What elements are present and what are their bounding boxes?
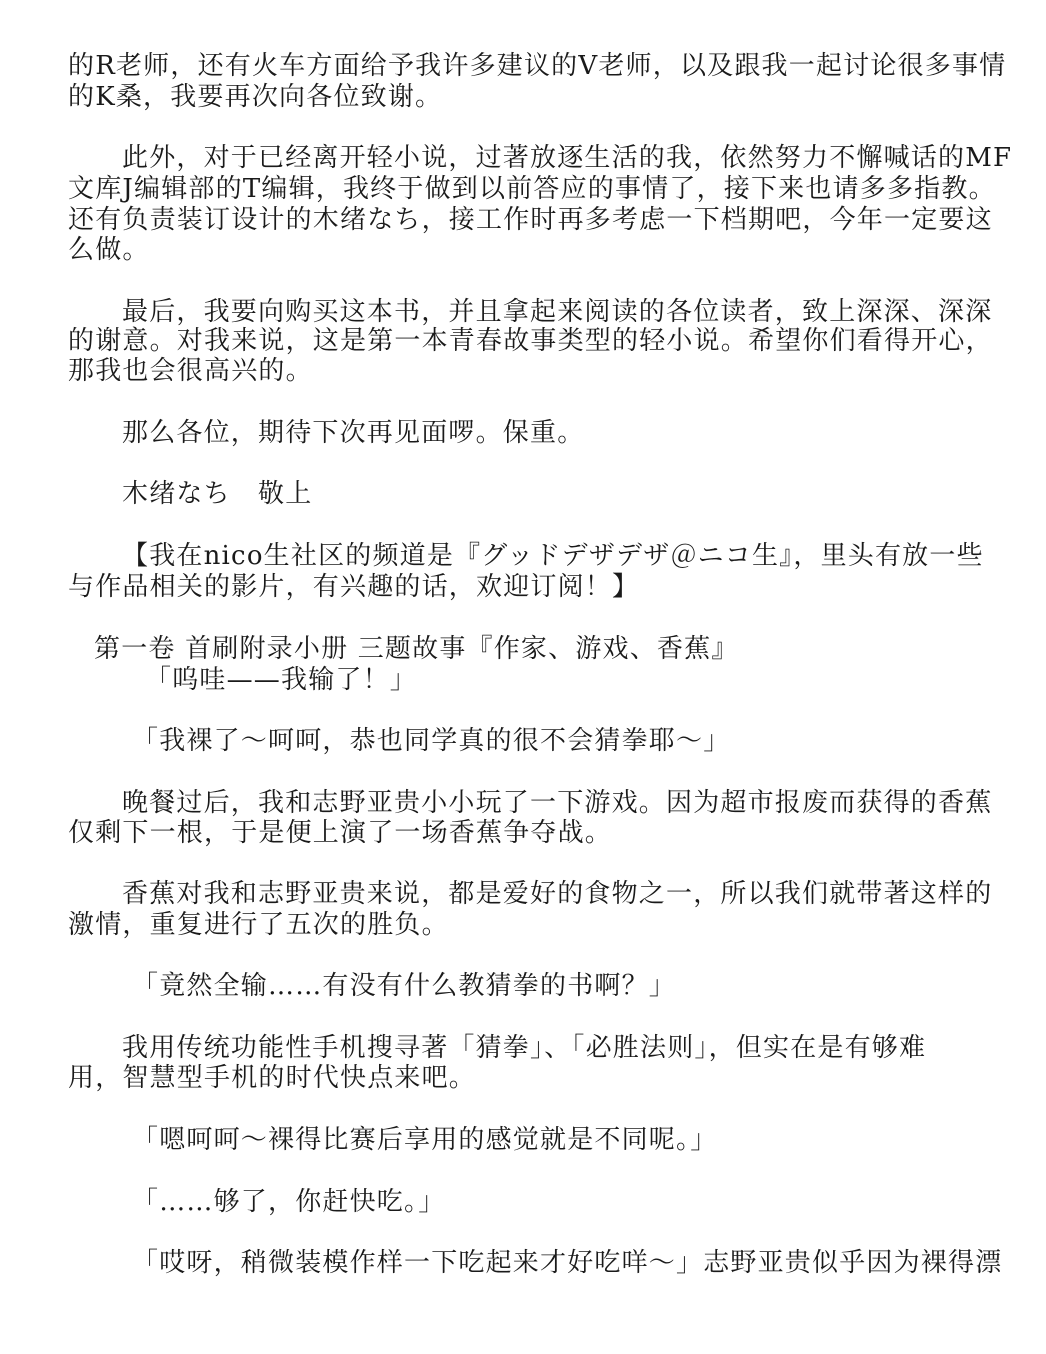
- text-line: 用，智慧型手机的时代快点来吧。: [68, 1063, 476, 1093]
- document-page: 的R老师，还有火车方面给予我许多建议的V老师，以及跟我一起讨论很多事情 的K桑，…: [0, 0, 1046, 1354]
- section-heading: 第一卷 首刷附录小册 三题故事『作家、游戏、香蕉』: [94, 634, 739, 664]
- text-line: 激情，重复进行了五次的胜负。: [68, 910, 449, 940]
- text-line: 此外，对于已经离开轻小说，过著放逐生活的我，依然努力不懈喊话的MF: [122, 143, 1012, 173]
- dialog-line: 「我裸了～呵呵，恭也同学真的很不会猜拳耶～」: [132, 726, 730, 756]
- text-line: 还有负责装订设计的木绪なち，接工作时再多考虑一下档期吧，今年一定要这: [68, 205, 993, 235]
- signature-line: 木绪なち 敬上: [122, 479, 312, 509]
- text-line: 么做。: [68, 235, 150, 265]
- dialog-line: 「……够了，你赶快吃。」: [132, 1187, 445, 1217]
- text-line: 那我也会很高兴的。: [68, 356, 313, 386]
- dialog-line: 「竟然全输……有没有什么教猜拳的书啊？」: [132, 971, 676, 1001]
- text-line: 的R老师，还有火车方面给予我许多建议的V老师，以及跟我一起讨论很多事情: [68, 51, 1006, 81]
- dialog-line: 「哎呀，稍微装模作样一下吃起来才好吃咩～」志野亚贵似乎因为裸得漂: [132, 1248, 1002, 1278]
- text-line: 晚餐过后，我和志野亚贵小小玩了一下游戏。因为超市报废而获得的香蕉: [122, 788, 992, 818]
- text-line: 的K桑，我要再次向各位致谢。: [68, 82, 442, 112]
- text-line: 最后，我要向购买这本书，并且拿起来阅读的各位读者，致上深深、深深: [122, 297, 992, 327]
- text-line: 仅剩下一根，于是便上演了一场香蕉争夺战。: [68, 818, 612, 848]
- text-line: 【我在nico生社区的频道是『グッドデザデザ＠ニコ生』，里头有放一些: [122, 541, 984, 571]
- text-line: 香蕉对我和志野亚贵来说，都是爱好的食物之一，所以我们就带著这样的: [122, 879, 992, 909]
- text-line: 的谢意。对我来说，这是第一本青春故事类型的轻小说。希望你们看得开心，: [68, 326, 993, 356]
- text-line: 那么各位，期待下次再见面啰。保重。: [122, 418, 584, 448]
- dialog-line: 「呜哇——我输了！」: [145, 665, 417, 695]
- text-line: 我用传统功能性手机搜寻著「猜拳」、「必胜法则」，但实在是有够难: [122, 1033, 926, 1063]
- dialog-line: 「嗯呵呵～裸得比赛后享用的感觉就是不同呢。」: [132, 1125, 717, 1155]
- text-line: 文库J编辑部的T编辑，我终于做到以前答应的事情了，接下来也请多多指教。: [68, 174, 996, 204]
- text-line: 与作品相关的影片，有兴趣的话，欢迎订阅！】: [68, 572, 639, 602]
